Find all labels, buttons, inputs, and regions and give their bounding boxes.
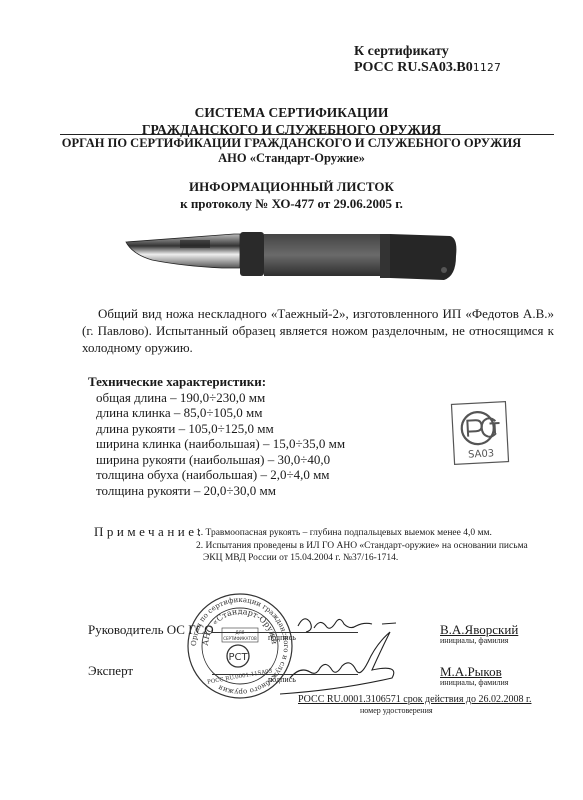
specs-title: Технические характеристики: bbox=[88, 374, 345, 390]
conformity-mark-icon: SA03 bbox=[450, 401, 509, 466]
spec-item: ширина клинка (наибольшая) – 15,0÷35,0 м… bbox=[88, 436, 345, 452]
description: Общий вид ножа нескладного «Таежный-2», … bbox=[82, 305, 554, 356]
spec-item: ширина рукояти (наибольшая) – 30,0÷40,0 bbox=[88, 452, 345, 468]
system-heading: СИСТЕМА СЕРТИФИКАЦИИ ГРАЖДАНСКОГО И СЛУЖ… bbox=[0, 104, 583, 138]
spec-item: длина клинка – 85,0÷105,0 мм bbox=[88, 405, 345, 421]
system-heading-line1: СИСТЕМА СЕРТИФИКАЦИИ bbox=[0, 104, 583, 121]
mark-code: SA03 bbox=[468, 448, 495, 460]
technical-specs: Технические характеристики: общая длина … bbox=[88, 374, 345, 498]
note-item: 2. Испытания проведены в ИЛ ГО АНО «Стан… bbox=[196, 540, 556, 553]
registration-caption: номер удостоверения bbox=[360, 706, 433, 715]
spec-item: толщина рукояти – 20,0÷30,0 мм bbox=[88, 483, 345, 499]
name-caption: инициалы, фамилия bbox=[440, 678, 508, 687]
header-divider bbox=[60, 134, 554, 135]
certificate-ref-line1: К сертификату bbox=[354, 44, 501, 60]
certificate-number-prefix: РОСС RU.SA03.B0 bbox=[354, 60, 473, 75]
spec-item: толщина обуха (наибольшая) – 2,0÷4,0 мм bbox=[88, 467, 345, 483]
notes: 1. Травмоопасная рукоять – глубина подпа… bbox=[196, 527, 556, 565]
certification-body-line2: АНО «Стандарт-Оружие» bbox=[0, 151, 583, 166]
certificate-reference: К сертификату РОСС RU.SA03.B01127 bbox=[354, 44, 501, 76]
certification-body-heading: ОРГАН ПО СЕРТИФИКАЦИИ ГРАЖДАНСКОГО И СЛУ… bbox=[0, 136, 583, 166]
spec-item: длина рукояти – 105,0÷125,0 мм bbox=[88, 421, 345, 437]
note-item-continuation: ЭКЦ МВД России от 15.04.2004 г. №37/16-1… bbox=[196, 552, 556, 565]
official-stamp-icon: Орган по сертификации гражданского и слу… bbox=[186, 592, 294, 700]
note-item: 1. Травмоопасная рукоять – глубина подпа… bbox=[196, 527, 556, 540]
knife-photo bbox=[122, 222, 462, 282]
certificate-ref-line2: РОСС RU.SA03.B01127 bbox=[354, 60, 501, 76]
certification-body-line1: ОРГАН ПО СЕРТИФИКАЦИИ ГРАЖДАНСКОГО И СЛУ… bbox=[0, 136, 583, 151]
document-title-block: ИНФОРМАЦИОННЫЙ ЛИСТОК к протоколу № ХО-4… bbox=[0, 178, 583, 212]
signatory-role-expert: Эксперт bbox=[88, 663, 133, 679]
document-title: ИНФОРМАЦИОННЫЙ ЛИСТОК bbox=[0, 178, 583, 195]
certificate-number-suffix: 1127 bbox=[473, 61, 502, 74]
handwritten-signatures-icon bbox=[280, 608, 450, 698]
stamp-center-line2: СЕРТИФИКАТОВ bbox=[223, 636, 257, 641]
stamp-center-line1: ДЛЯ bbox=[236, 630, 245, 635]
name-caption: инициалы, фамилия bbox=[440, 636, 508, 645]
stamp-logo: РСТ bbox=[228, 652, 248, 663]
document-subtitle: к протоколу № ХО-477 от 29.06.2005 г. bbox=[0, 195, 583, 212]
description-text: Общий вид ножа нескладного «Таежный-2», … bbox=[82, 305, 554, 356]
spec-item: общая длина – 190,0÷230,0 мм bbox=[88, 390, 345, 406]
notes-label: Примечание: bbox=[94, 524, 205, 540]
